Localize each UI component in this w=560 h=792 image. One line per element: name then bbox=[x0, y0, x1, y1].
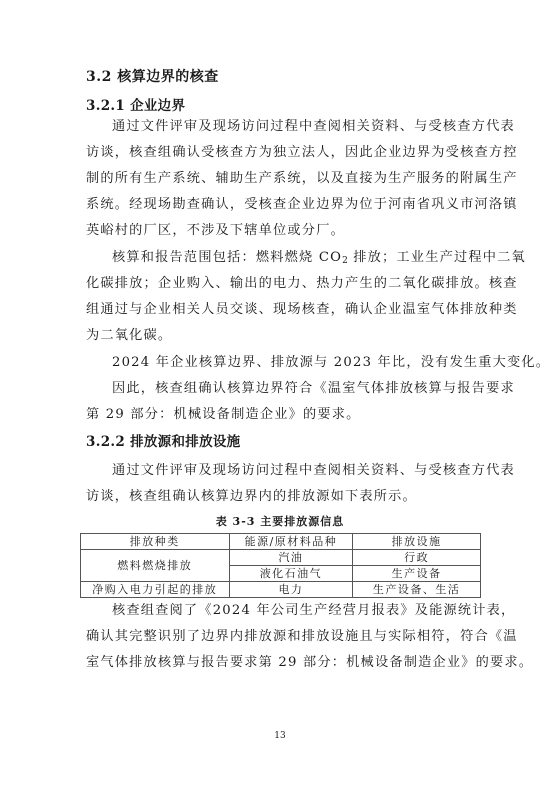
table-header-cell: 排放设施 bbox=[353, 534, 481, 550]
table-cell-facility: 生产设备、生活 bbox=[353, 582, 481, 598]
text-line: 访谈，核查组确认受核查方为独立法人，因此企业边界为受核查方控 bbox=[86, 140, 482, 166]
table-header-row: 排放种类 能源/原材料品种 排放设施 bbox=[81, 534, 481, 550]
subsection-heading-enterprise-boundary: 3.2.1 企业边界 bbox=[86, 94, 185, 114]
text-line: 核算和报告范围包括：燃料燃烧 CO2 排放；工业生产过程中二氧 bbox=[86, 245, 482, 271]
paragraph-reporting-scope: 核算和报告范围包括：燃料燃烧 CO2 排放；工业生产过程中二氧 化碳排放；企业购… bbox=[86, 245, 482, 349]
table-caption: 表 3-3 主要排放源信息 bbox=[0, 513, 560, 529]
emission-sources-table: 排放种类 能源/原材料品种 排放设施 燃料燃烧排放 汽油 行政 液化石油气 生产… bbox=[80, 533, 481, 598]
paragraph-no-change: 2024 年企业核算边界、排放源与 2023 年比，没有发生重大变化。 bbox=[86, 350, 482, 376]
subsection-heading-emission-sources: 3.2.2 排放源和排放设施 bbox=[86, 430, 240, 450]
document-page: 3.2 核算边界的核查 3.2.1 企业边界 通过文件评审及现场访问过程中查阅相… bbox=[0, 0, 560, 792]
text-line: 2024 年企业核算边界、排放源与 2023 年比，没有发生重大变化。 bbox=[86, 350, 482, 376]
paragraph-boundary-conclusion: 因此，核查组确认核算边界符合《温室气体排放核算与报告要求 第 29 部分：机械设… bbox=[86, 376, 482, 428]
table-cell-energy-source: 液化石油气 bbox=[229, 566, 353, 582]
table-header-cell: 能源/原材料品种 bbox=[229, 534, 353, 550]
table-cell-energy-source: 汽油 bbox=[229, 550, 353, 566]
paragraph-emission-sources-intro: 通过文件评审及现场访问过程中查阅相关资料、与受核查方代表 访谈，核查组确认核算边… bbox=[86, 458, 482, 510]
table-row: 燃料燃烧排放 汽油 行政 bbox=[81, 550, 481, 566]
table-cell-emission-type: 燃料燃烧排放 bbox=[81, 550, 230, 582]
text-line: 因此，核查组确认核算边界符合《温室气体排放核算与报告要求 bbox=[86, 376, 482, 402]
text-line: 组通过与企业相关人员交谈、现场核查，确认企业温室气体排放种类 bbox=[86, 297, 482, 323]
table-cell-facility: 行政 bbox=[353, 550, 481, 566]
text-line: 制的所有生产系统、辅助生产系统，以及直接为生产服务的附属生产 bbox=[86, 166, 482, 192]
text-fragment: 排放；工业生产过程中二氧 bbox=[348, 250, 526, 265]
text-line: 通过文件评审及现场访问过程中查阅相关资料、与受核查方代表 bbox=[86, 458, 482, 484]
page-number: 13 bbox=[0, 731, 560, 741]
section-heading: 3.2 核算边界的核查 bbox=[86, 66, 219, 86]
table-header-cell: 排放种类 bbox=[81, 534, 230, 550]
table-cell-facility: 生产设备 bbox=[353, 566, 481, 582]
text-line: 访谈，核查组确认核算边界内的排放源如下表所示。 bbox=[86, 484, 482, 510]
text-line: 为二氧化碳。 bbox=[86, 323, 482, 349]
text-line: 化碳排放；企业购入、输出的电力、热力产生的二氧化碳排放。核查 bbox=[86, 271, 482, 297]
text-line: 室气体排放核算与报告要求第 29 部分：机械设备制造企业》的要求。 bbox=[86, 650, 482, 676]
text-fragment: 核算和报告范围包括：燃料燃烧 CO bbox=[112, 250, 342, 265]
table-row: 净购入电力引起的排放 电力 生产设备、生活 bbox=[81, 582, 481, 598]
text-line: 英峪村的厂区，不涉及下辖单位或分厂。 bbox=[86, 218, 482, 244]
text-line: 第 29 部分：机械设备制造企业》的要求。 bbox=[86, 402, 482, 428]
text-line: 通过文件评审及现场访问过程中查阅相关资料、与受核查方代表 bbox=[86, 114, 482, 140]
paragraph-verification-conclusion: 核查组查阅了《2024 年公司生产经营月报表》及能源统计表， 确认其完整识别了边… bbox=[86, 598, 482, 676]
text-line: 核查组查阅了《2024 年公司生产经营月报表》及能源统计表， bbox=[86, 598, 482, 624]
text-line: 确认其完整识别了边界内排放源和排放设施且与实际相符，符合《温 bbox=[86, 624, 482, 650]
table-cell-emission-type: 净购入电力引起的排放 bbox=[81, 582, 230, 598]
text-line: 系统。经现场勘查确认，受核查企业边界为位于河南省巩义市河洛镇 bbox=[86, 192, 482, 218]
paragraph-enterprise-boundary: 通过文件评审及现场访问过程中查阅相关资料、与受核查方代表 访谈，核查组确认受核查… bbox=[86, 114, 482, 244]
table-cell-energy-source: 电力 bbox=[229, 582, 353, 598]
